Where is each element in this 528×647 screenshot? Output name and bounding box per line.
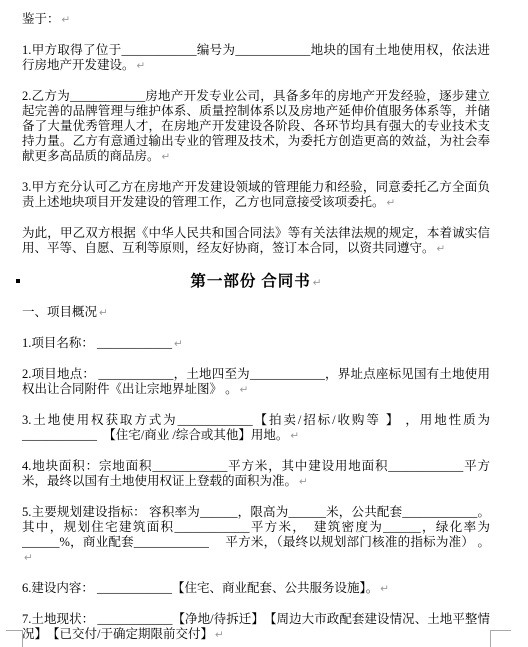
paragraph-mark-icon: ↵ (135, 60, 146, 72)
item-construction-content[interactable]: 6.建设内容： ____________【住宅、商业配套、公共服务设施】。↵ (22, 581, 490, 597)
page-margin-mark-bottom-right (490, 630, 511, 647)
paragraph-mark-icon: ↵ (213, 629, 224, 641)
item-land-acquisition[interactable]: 3.土地使用权获取方式为____________【拍卖/招标/收购等 】 ，用地… (22, 413, 490, 444)
paragraph-mark-icon: ↵ (172, 338, 183, 350)
paragraph-mark-icon: ↵ (60, 14, 71, 26)
item-project-location[interactable]: 2.项目地点： ____________，土地四至为____________，界… (22, 367, 490, 398)
paragraph-mark-icon: ↵ (97, 307, 108, 319)
paragraph-text: 5.主要规划建设指标： 容积率为______，限高为______米，公共配套__… (22, 505, 490, 549)
page-margin-mark-bottom-left (6, 630, 23, 647)
paragraph-mark-icon: ↵ (238, 384, 249, 396)
paragraph-mark-icon: ↵ (22, 552, 33, 564)
paragraph-text: 7.土地现状： ____________【净地/待拆迁】 【周边大市政配套建设情… (22, 612, 490, 641)
paragraph-text: 2.项目地点： ____________，土地四至为____________，界… (22, 367, 490, 396)
paragraph-text: 鉴于： (22, 12, 60, 26)
paragraph-mark-icon: ↵ (297, 476, 308, 488)
section-title-project-overview[interactable]: 一、项目概况↵ (22, 305, 490, 321)
item-project-name[interactable]: 1.项目名称： ____________↵ (22, 336, 490, 352)
paragraph-mark-icon: ↵ (160, 151, 171, 163)
paragraph-text: 为此，甲乙双方根据《中华人民共和国合同法》等有关法律法规的规定，本着诚实信用、平… (22, 226, 490, 255)
item-parcel-area[interactable]: 4.地块面积：宗地面积____________平方米，其中建设用地面积_____… (22, 459, 490, 490)
paragraph-mark-icon: ↵ (435, 243, 446, 255)
paragraph-basis[interactable]: 为此，甲乙双方根据《中华人民共和国合同法》等有关法律法规的规定，本着诚实信用、平… (22, 226, 490, 257)
paragraph-text: 1.项目名称： ____________ (22, 336, 172, 350)
paragraph-clause-3[interactable]: 3.甲方充分认可乙方在房地产开发建设领域的管理能力和经验，同意委托乙方全面负责上… (22, 180, 490, 211)
paragraph-clause-1[interactable]: 1.甲方取得了位于____________编号为____________地块的国… (22, 43, 490, 74)
word-document-page[interactable]: 鉴于：↵ 1.甲方取得了位于____________编号为___________… (0, 0, 528, 647)
paragraph-mark-icon: ↵ (311, 277, 322, 289)
part-one-heading-text: 第一部份 合同书 (190, 273, 310, 290)
paragraph-mark-icon: ↵ (288, 430, 299, 442)
paragraph-text: 2.乙方为____________房地产开发专业公司，具备多年的房地产开发经验，… (22, 89, 490, 163)
paragraph-text: 3.土地使用权获取方式为____________【拍卖/招标/收购等 】 ，用地… (22, 413, 490, 442)
paragraph-text: 4.地块面积：宗地面积____________平方米，其中建设用地面积_____… (22, 459, 490, 488)
item-planning-indicators[interactable]: 5.主要规划建设指标： 容积率为______，限高为______米，公共配套__… (22, 505, 490, 566)
paragraph-text: 1.甲方取得了位于____________编号为____________地块的国… (22, 43, 490, 72)
section-title-text: 一、项目概况 (22, 305, 97, 319)
paragraph-mark-icon: ↵ (378, 583, 389, 595)
paragraph-text: 6.建设内容： ____________【住宅、商业配套、公共服务设施】。 (22, 581, 378, 595)
heading-bullet-icon (16, 279, 20, 283)
part-one-heading: 第一部份 合同书↵ (22, 272, 490, 293)
paragraph-whereas[interactable]: 鉴于：↵ (22, 12, 490, 28)
paragraph-text: 3.甲方充分认可乙方在房地产开发建设领域的管理能力和经验，同意委托乙方全面负责上… (22, 180, 490, 209)
item-land-status[interactable]: 7.土地现状： ____________【净地/待拆迁】 【周边大市政配套建设情… (22, 612, 490, 643)
paragraph-clause-2[interactable]: 2.乙方为____________房地产开发专业公司，具备多年的房地产开发经验，… (22, 89, 490, 165)
paragraph-mark-icon: ↵ (385, 197, 396, 209)
